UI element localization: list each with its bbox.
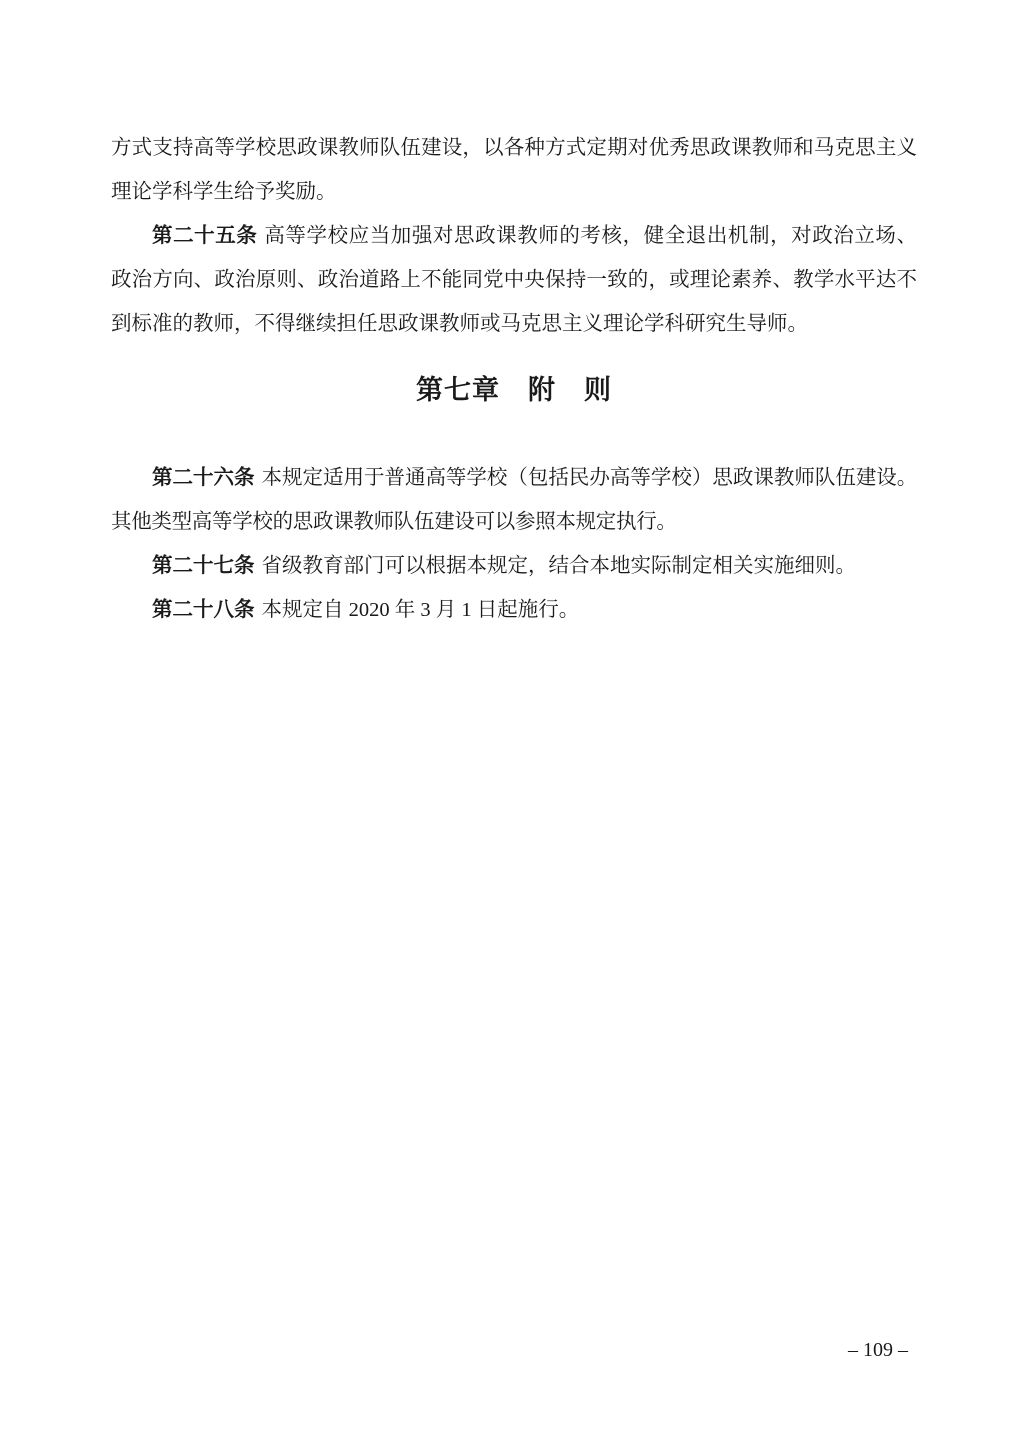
document-page: 方式支持高等学校思政课教师队伍建设，以各种方式定期对优秀思政课教师和马克思主义理…	[0, 0, 1024, 1448]
article-number: 第二十七条	[152, 554, 255, 577]
article-number: 第二十八条	[152, 598, 255, 621]
paragraph-article-27: 第二十七条省级教育部门可以根据本规定，结合本地实际制定相关实施细则。	[111, 544, 917, 588]
paragraph-text: 方式支持高等学校思政课教师队伍建设，以各种方式定期对优秀思政课教师和马克思主义理…	[111, 137, 917, 203]
article-number: 第二十六条	[152, 466, 254, 489]
page-number: – 109 –	[111, 1338, 917, 1362]
page-content: 方式支持高等学校思政课教师队伍建设，以各种方式定期对优秀思政课教师和马克思主义理…	[111, 126, 917, 632]
article-number: 第二十五条	[152, 224, 257, 247]
paragraph-text: 本规定自 2020 年 3 月 1 日起施行。	[262, 599, 580, 621]
paragraph-continuation: 方式支持高等学校思政课教师队伍建设，以各种方式定期对优秀思政课教师和马克思主义理…	[111, 126, 917, 214]
paragraph-article-26: 第二十六条本规定适用于普通高等学校（包括民办高等学校）思政课教师队伍建设。其他类…	[111, 456, 917, 544]
paragraph-article-28: 第二十八条本规定自 2020 年 3 月 1 日起施行。	[111, 588, 917, 632]
paragraph-article-25: 第二十五条高等学校应当加强对思政课教师的考核，健全退出机制，对政治立场、政治方向…	[111, 214, 917, 346]
chapter-heading: 第七章 附 则	[111, 368, 917, 412]
paragraph-text: 省级教育部门可以根据本规定，结合本地实际制定相关实施细则。	[262, 555, 857, 577]
